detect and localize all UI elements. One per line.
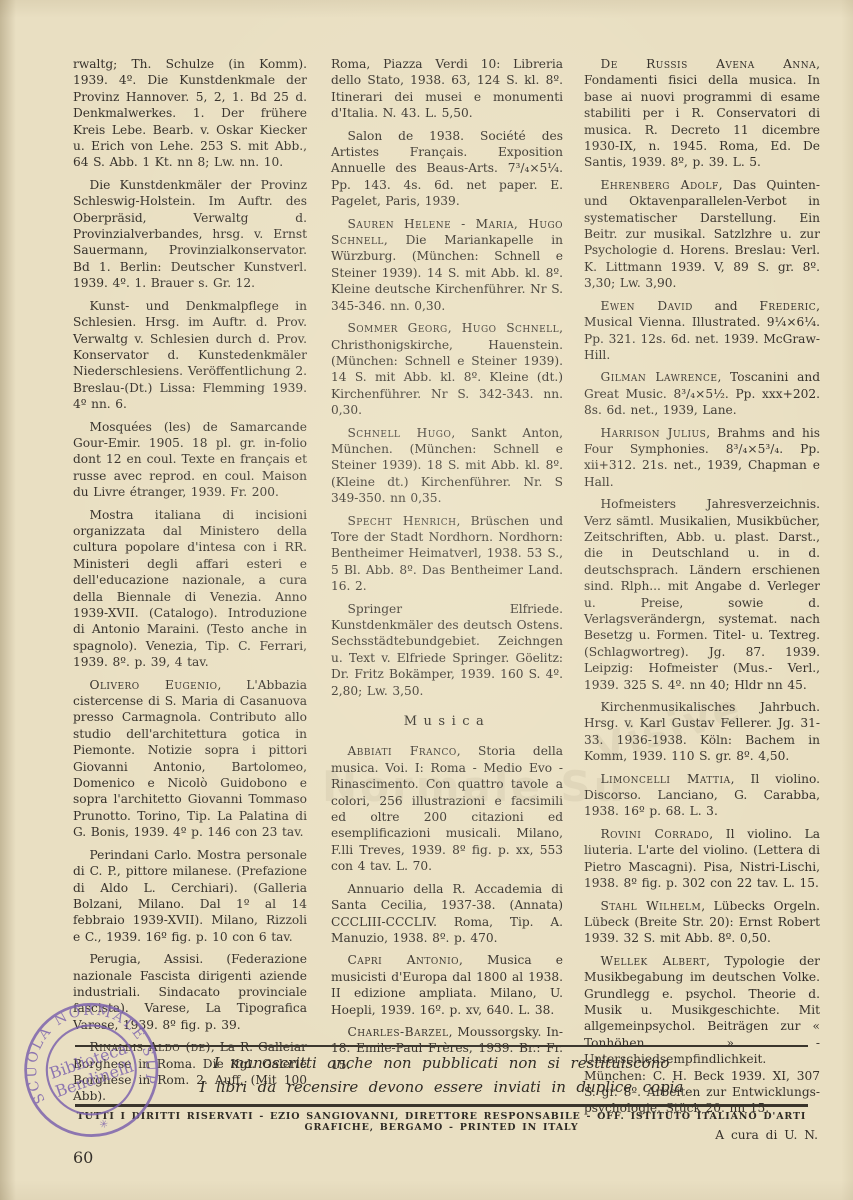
text-run: Christhonigskirche, Hauenstein. [331,338,563,352]
text-run: Salon de [347,129,413,143]
text-run: Il violino. [751,772,821,786]
bib-entry: Annuario della R. Accademia di Santa Cec… [331,881,563,947]
section-heading: Musica [331,714,563,730]
text-run: Stahl Wilhelm [600,899,701,913]
stamp-bottom-mark: ✳ [98,1118,109,1132]
text-run: Perindani Carlo. [89,848,191,862]
text-run: , [731,772,751,786]
bib-entry: Perindani Carlo. Mostra personale di C. … [73,847,307,945]
bib-entry: Mosquées (les) de Samarcande Gour-Emir. … [73,419,307,501]
text-run: Frederic [759,299,816,313]
bib-entry: Schnell Hugo, Sankt Anton, München. (Mün… [331,425,563,507]
column-middle: Roma, Piazza Verdi 10: Libreria dello St… [331,56,563,1143]
text-run: Harrison Julius [600,426,706,440]
text-columns: rwaltg; Th. Schulze (in Komm). 1939. 4º.… [73,56,820,1143]
text-run: Musica [404,714,491,729]
text-run: , [457,744,478,758]
text-run: Lübecks Orgeln. [714,899,820,913]
bib-entry: Ewen David and Frederic, Musical Vienna.… [584,298,820,364]
bib-entry: Specht Henrich, Brüschen und Tore der St… [331,513,563,595]
text-run: Sommer Georg, Hugo Schnell [347,321,559,335]
column-right: De Russis Avena Anna, Fondamenti fisici … [584,56,820,1143]
text-run: Hrsg. im Auftr. d. Prov. Verwaltg v. Sch… [73,315,307,411]
bib-entry: Olivero Eugenio, L'Abbazia cistercense d… [73,677,307,841]
text-run: Voi. I: Roma - Medio Evo - Rinascimento.… [331,761,563,873]
text-run: Olivero Eugenio [89,678,217,692]
text-run: Gilman Lawrence [600,370,717,384]
text-run: (München: Schnell e Steiner 1939). 14 S.… [331,354,563,417]
bib-entry: Ehrenberg Adolf, Das Quinten- und Oktave… [584,177,820,292]
stamp-ring-textpath: SCUOLA NORMALE SUPERIORE [0,975,164,1122]
text-run: , [816,57,820,71]
bib-entry: Gilman Lawrence, Toscanini and Great Mus… [584,369,820,418]
text-run: Lübeck (Breite Str. 20): Ernst Robert 19… [584,915,820,945]
bib-entry: Rovini Corrado, Il violino. La liuteria.… [584,826,820,892]
stamp-ring-text: SCUOLA NORMALE SUPERIORE [0,975,164,1122]
text-run: , [709,827,726,841]
text-run: Specht Henrich [347,514,456,528]
text-run: Abbiati Franco [347,744,456,758]
text-run: Ewen David [600,299,692,313]
bib-entry: Capri Antonio, Musica e musicisti d'Euro… [331,952,563,1018]
bib-entry: Die Kunstdenkmäler der Provinz Schleswig… [73,177,307,292]
bib-entry: Kunst- und Denkmalpflege in Schlesien. H… [73,298,307,413]
bib-entry: Stahl Wilhelm, Lübecks Orgeln. Lübeck (B… [584,898,820,947]
text-run: Schnell Hugo [347,426,451,440]
text-run: Mostra personale di C. P., pittore milan… [73,848,307,944]
text-run: , [218,678,247,692]
text-run: Kirchenmusikalisches Jahrbuch. [600,700,820,714]
stamp-center-text: Biblioteca Bendinelli [47,1038,137,1101]
text-run: Kunstdenkmäler des deutsch Ostens. Sechs… [331,618,563,698]
bib-entry: Hofmeisters Jahresverzeichnis. Verz sämt… [584,496,820,693]
bib-entry: Sommer Georg, Hugo Schnell, Christhonigs… [331,320,563,418]
text-run: , [384,233,406,247]
text-run: Verz sämtl. Musikalien, Musikbücher, Zei… [584,514,820,692]
text-run: Limoncelli Mattia [600,772,730,786]
bib-entry: Mostra italiana di incisioni organizzata… [73,507,307,671]
text-run: , [706,426,717,440]
scanned-bibliography-page: { "page": { "number": "60", "paper_color… [0,0,853,1200]
bib-entry: Sauren Helene - Maria, Hugo Schnell, Die… [331,216,563,314]
text-run: , [456,514,470,528]
bib-entry: Abbiati Franco, Storia della musica. Voi… [331,743,563,874]
text-run: , [459,953,487,967]
text-run: Rovini Corrado [600,827,709,841]
text-run: Hofmeisters Jahresverzeichnis. [600,497,820,511]
footer-rule-top [75,1045,808,1047]
text-run: , [816,299,820,313]
text-run: , [559,321,563,335]
text-run: Discorso. Lanciano, G. Carabba, 1938. 16… [584,788,820,818]
text-run: Musical Vienna. [584,315,685,329]
bib-entry: rwaltg; Th. Schulze (in Komm). 1939. 4º.… [73,56,307,171]
text-run: , [719,178,733,192]
text-run: Charles-Barzel [347,1025,448,1039]
bib-entry: Limoncelli Mattia, Il violino. Discorso.… [584,771,820,820]
text-run: Wellek Albert [600,954,706,968]
text-run: Perugia, Assisi. [89,952,203,966]
bib-entry: Salon de 1938. Société des Artistes Fran… [331,128,563,210]
text-run: , [701,899,713,913]
text-run: Springer Elfriede. [347,602,563,616]
text-run: and [693,299,760,313]
bib-entry: Roma, Piazza Verdi 10: Libreria dello St… [331,56,563,122]
text-run: , [706,954,724,968]
text-run: Moussorgsky. [457,1025,541,1039]
text-run: , [451,426,471,440]
text-run: Contributo allo studio dell'architettura… [73,710,307,839]
text-run: rwaltg; Th. Schulze (in Komm). 1939. 4º.… [73,57,307,169]
text-run: , [717,370,730,384]
bib-entry: Springer Elfriede. Kunstdenkmäler des de… [331,601,563,699]
text-run: Im Auftr. des Oberpräsid, Verwaltg d. Pr… [73,194,307,290]
notice-line-1: I manoscritti anche non pubblicati non s… [75,1051,808,1075]
text-run: De Russis Avena Anna [600,57,816,71]
bib-entry: Harrison Julius, Brahms and his Four Sym… [584,425,820,491]
column-left: rwaltg; Th. Schulze (in Komm). 1939. 4º.… [73,56,307,1143]
text-run: II edizione ampliata. Milano, U. Hoepli,… [331,986,563,1016]
bib-entry: De Russis Avena Anna, Fondamenti fisici … [584,56,820,171]
text-run: Hrsg. v. Karl Gustav Fellerer. Jg. 31-33… [584,716,820,763]
text-run: Roma, Piazza Verdi 10: Libreria dello St… [331,57,563,120]
bib-entry: Kirchenmusikalisches Jahrbuch. Hrsg. v. … [584,699,820,765]
text-run: Ehrenberg Adolf [600,178,718,192]
text-run: Capri Antonio [347,953,459,967]
